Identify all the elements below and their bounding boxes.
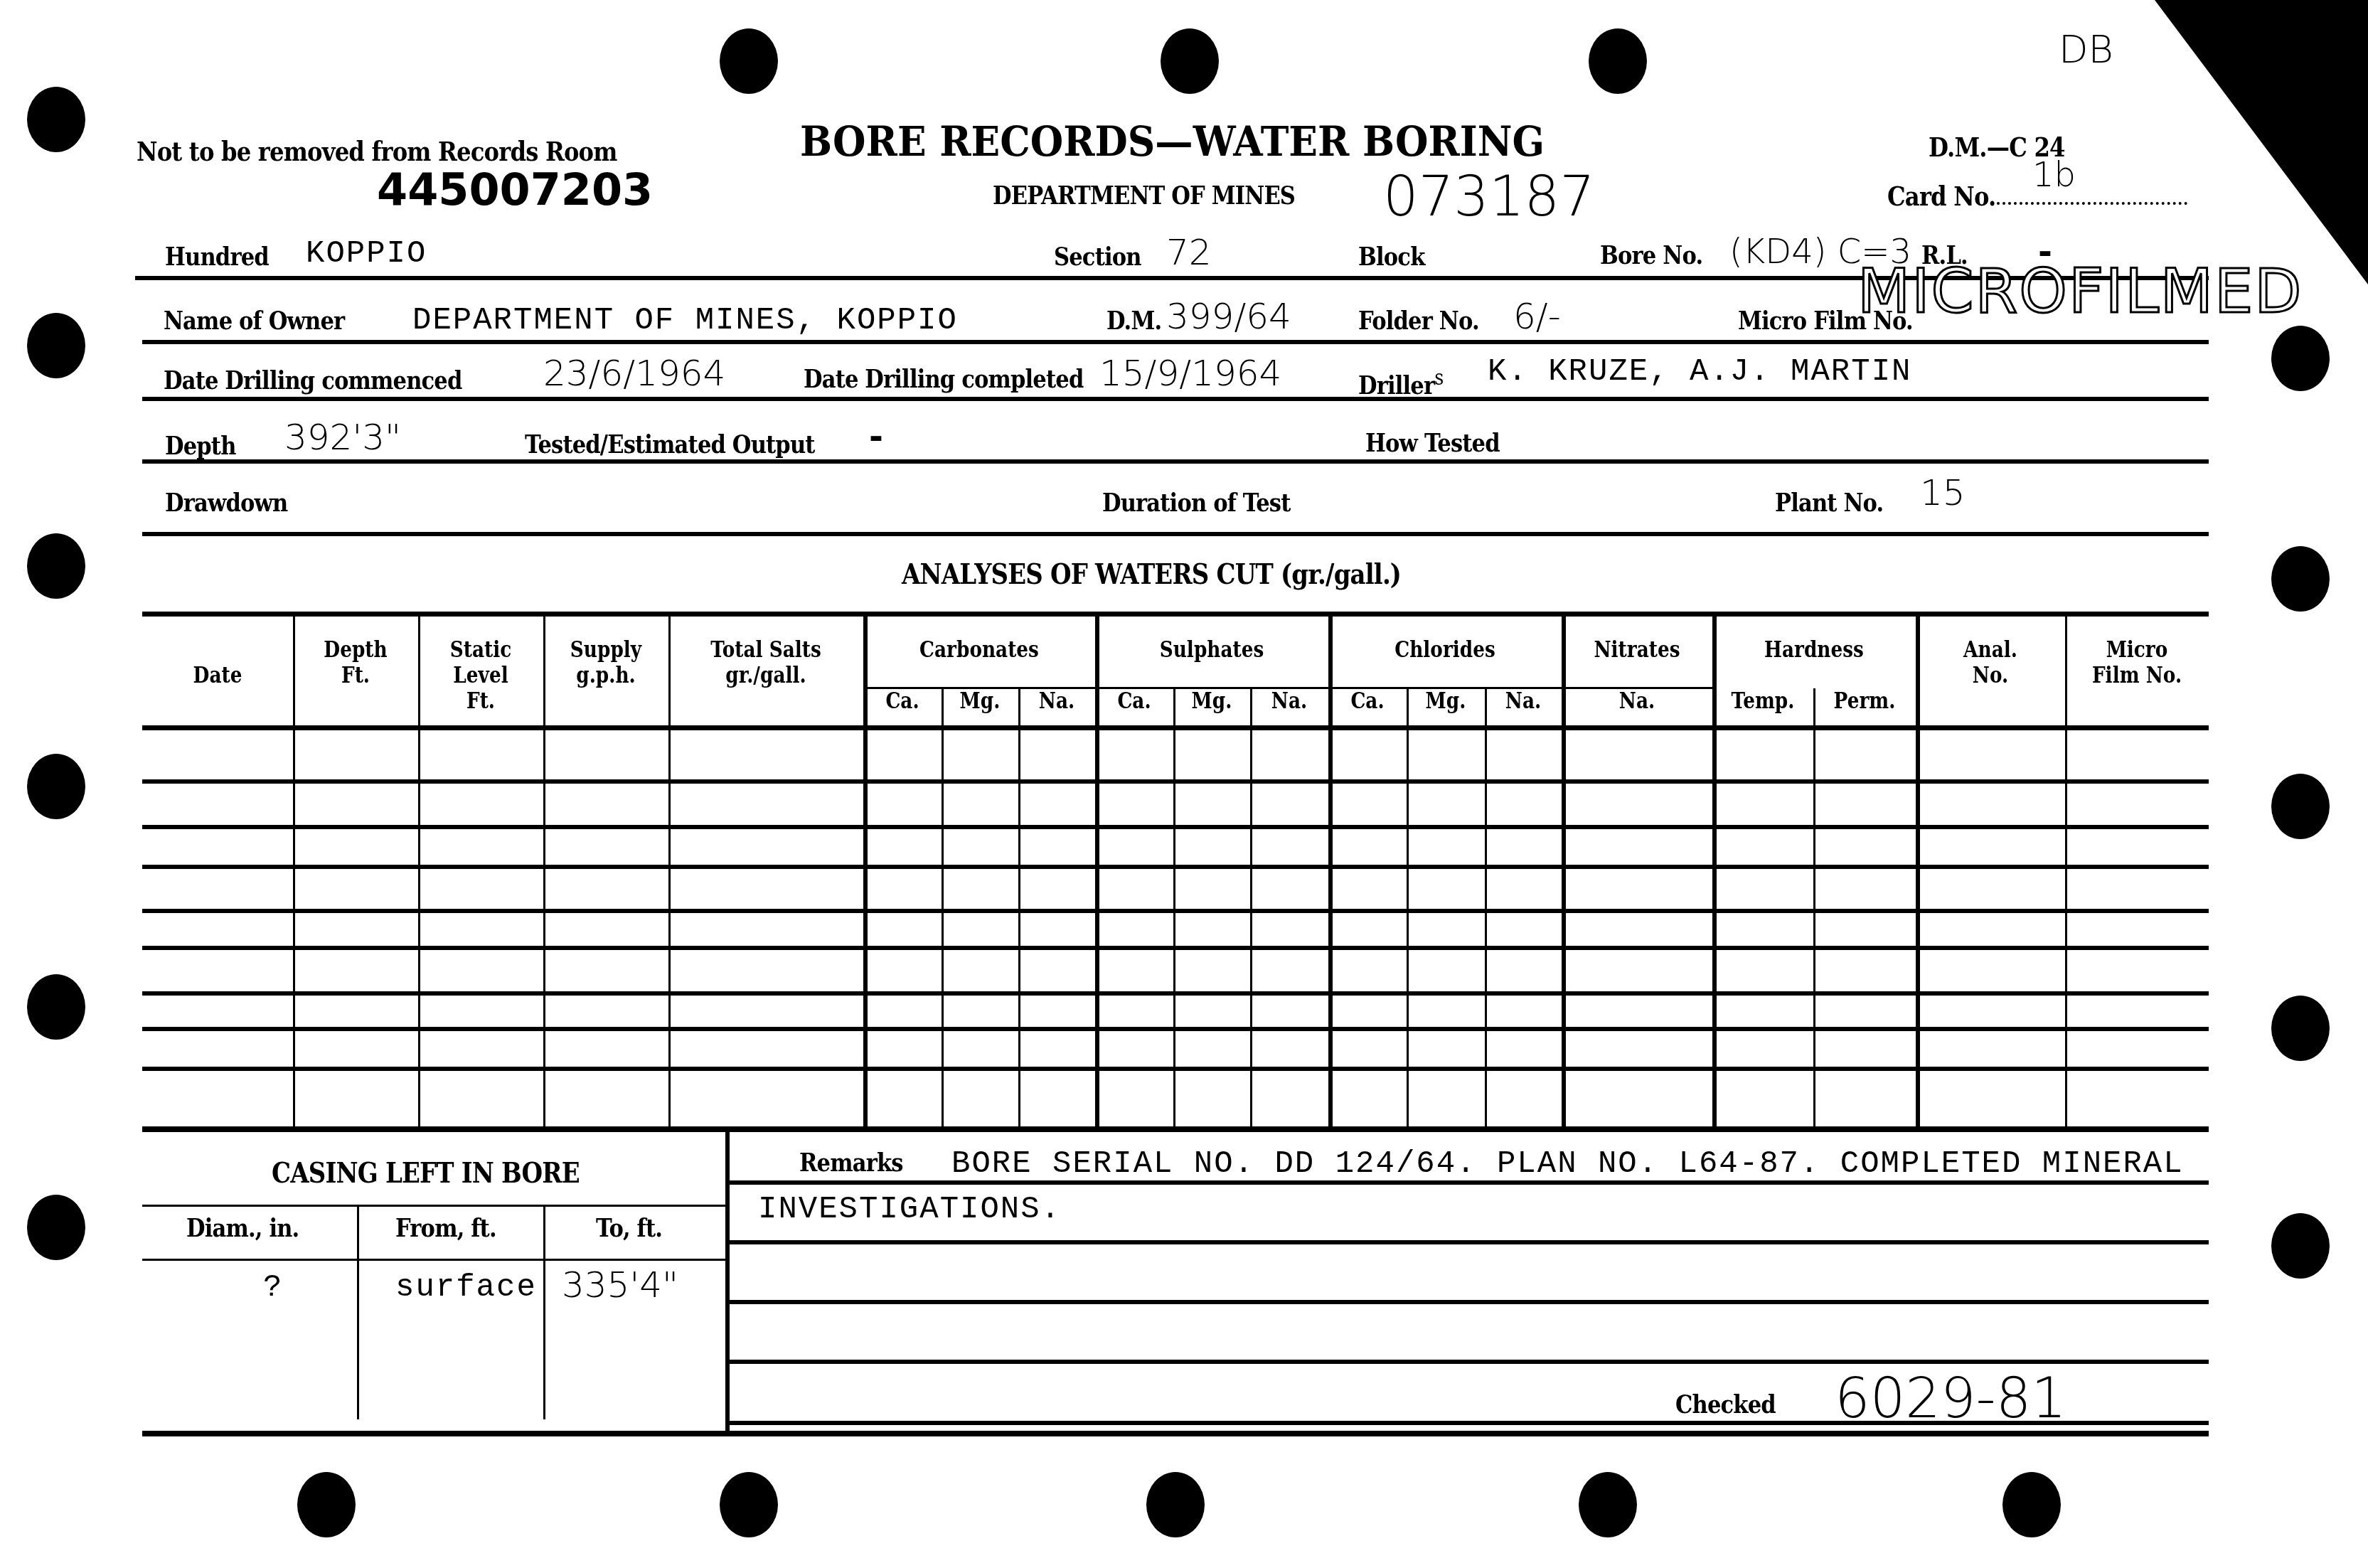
drillers-value: K. KRUZE, A.J. MARTIN: [1488, 354, 1912, 390]
column-divider: [1916, 616, 1920, 1128]
depth-value: 392'3": [284, 417, 401, 458]
department-label: DEPARTMENT OF MINES: [993, 181, 1295, 210]
microfilmed-stamp: MICROFILMED: [1857, 256, 2303, 327]
sub-na: Na.: [1024, 688, 1089, 714]
punch-hole: [720, 28, 778, 94]
record-number: 445007203: [377, 164, 653, 215]
punch-hole: [27, 974, 85, 1040]
punch-hole: [2271, 1213, 2330, 1279]
column-divider: [863, 616, 868, 1128]
col-chlorides: Chlorides: [1346, 637, 1545, 663]
column-divider: [543, 616, 545, 1128]
divider: [142, 459, 2209, 464]
casing-from-value: surface: [395, 1270, 537, 1306]
drillers-suffix: s: [1434, 366, 1443, 390]
column-divider: [293, 616, 295, 1128]
remarks-rule: [730, 1180, 2209, 1185]
date-completed-label: Date Drilling completed: [804, 364, 1083, 394]
casing-divider: [543, 1206, 545, 1419]
block-label: Block: [1358, 242, 1424, 272]
punch-hole: [2271, 326, 2330, 391]
plant-label: Plant No.: [1775, 488, 1883, 518]
col-sulphates: Sulphates: [1113, 637, 1311, 663]
drawdown-label: Drawdown: [165, 488, 287, 518]
analyses-title: ANALYSES OF WATERS CUT (gr./gall.): [902, 558, 1401, 591]
date-completed-value: 15/9/1964: [1099, 353, 1281, 394]
column-divider: [1813, 688, 1815, 1128]
punch-hole: [27, 533, 85, 599]
casing-col-from: From, ft.: [395, 1213, 496, 1243]
how-tested-label: How Tested: [1365, 428, 1500, 458]
column-divider: [1173, 688, 1175, 1128]
column-divider: [1712, 616, 1717, 1128]
table-top-rule: [142, 612, 2209, 617]
column-divider: [1095, 616, 1099, 1128]
sub-ca: Ca.: [1334, 688, 1401, 714]
punch-hole: [1161, 28, 1219, 94]
owner-label: Name of Owner: [164, 306, 344, 336]
drillers-label-text: Driller: [1358, 370, 1434, 400]
column-divider: [1407, 688, 1409, 1128]
column-divider: [1250, 688, 1252, 1128]
checked-label: Checked: [1675, 1390, 1776, 1419]
card-no-value: 1b: [2032, 155, 2076, 195]
casing-title: CASING LEFT IN BORE: [272, 1156, 580, 1190]
records-room-notice: Not to be removed from Records Room: [137, 135, 617, 167]
col-total-salts: Total Salts gr./gall.: [683, 637, 849, 688]
table-row: [142, 909, 2209, 913]
date-commenced-label: Date Drilling commenced: [164, 366, 462, 395]
sub-ca: Ca.: [869, 688, 936, 714]
punch-hole: [2271, 996, 2330, 1061]
dm-value: 399/64: [1166, 296, 1291, 337]
dm-label: D.M.: [1106, 306, 1161, 336]
table-bottom-rule: [142, 1126, 2209, 1132]
black-corner: [2155, 0, 2368, 284]
plant-value: 15: [1920, 472, 1966, 513]
table-header-bottom-rule: [142, 725, 2209, 730]
punch-hole: [2271, 546, 2330, 612]
folder-label: Folder No.: [1358, 306, 1479, 336]
column-divider: [1485, 688, 1487, 1128]
remarks-line-2: INVESTIGATIONS.: [758, 1192, 1061, 1227]
column-divider: [1562, 616, 1566, 1128]
remarks-label: Remarks: [799, 1148, 903, 1178]
folder-value: 6/-: [1513, 296, 1561, 337]
punch-hole: [720, 1472, 778, 1537]
corner-initials: DB: [2059, 27, 2113, 72]
remarks-line-1: BORE SERIAL NO. DD 124/64. PLAN NO. L64-…: [951, 1146, 2184, 1182]
bore-no-label: Bore No.: [1600, 240, 1702, 270]
sub-mg: Mg.: [1179, 688, 1244, 714]
table-row: [142, 865, 2209, 869]
bottom-rule: [142, 1431, 2209, 1436]
punch-hole: [2271, 774, 2330, 839]
form-title: BORE RECORDS—WATER BORING: [800, 117, 1545, 166]
col-depth: Depth Ft.: [302, 637, 409, 688]
divider: [142, 397, 2209, 401]
col-micro-film: Micro Film No.: [2076, 637, 2198, 688]
card-no-label: Card No.: [1887, 180, 1995, 212]
sub-na: Na.: [1573, 688, 1701, 714]
remarks-rule: [730, 1421, 2209, 1425]
punch-hole: [27, 313, 85, 378]
casing-to-value: 335'4": [562, 1264, 678, 1306]
casing-header-top: [142, 1205, 725, 1207]
output-label: Tested/Estimated Output: [525, 430, 815, 459]
table-row: [142, 825, 2209, 829]
punch-hole: [27, 1195, 85, 1260]
section-value: 72: [1166, 232, 1212, 273]
depth-label: Depth: [165, 431, 236, 461]
divider: [142, 340, 2209, 344]
sub-mg: Mg.: [947, 688, 1013, 714]
hundred-value: KOPPIO: [306, 236, 427, 272]
column-divider: [2065, 616, 2067, 1128]
column-divider: [668, 616, 671, 1128]
casing-diam-value: ?: [263, 1270, 283, 1306]
punch-hole: [1589, 28, 1647, 94]
sub-na: Na.: [1490, 688, 1556, 714]
casing-divider: [357, 1206, 359, 1419]
remarks-rule: [730, 1300, 2209, 1304]
punch-hole: [2002, 1472, 2061, 1537]
col-supply: Supply g.p.h.: [553, 637, 659, 688]
column-divider: [418, 616, 420, 1128]
column-divider: [942, 688, 944, 1128]
owner-value: DEPARTMENT OF MINES, KOPPIO: [412, 303, 958, 338]
department-number: 073187: [1383, 165, 1595, 229]
table-row: [142, 991, 2209, 996]
col-static-level: Static Level Ft.: [427, 637, 534, 714]
divider: [142, 532, 2209, 536]
punch-hole: [27, 87, 85, 152]
punch-hole: [1146, 1472, 1205, 1537]
hundred-label: Hundred: [165, 242, 269, 272]
sub-temp: Temp.: [1720, 688, 1806, 714]
col-nitrates: Nitrates: [1573, 637, 1701, 663]
punch-hole: [297, 1472, 356, 1537]
casing-col-diam: Diam., in.: [186, 1213, 299, 1243]
drillers-label: Drillers: [1358, 366, 1443, 400]
table-row: [142, 1027, 2209, 1031]
card-no-dotted-line: [1997, 202, 2187, 205]
col-anal-no: Anal. No.: [1927, 637, 2054, 688]
col-hardness: Hardness: [1727, 637, 1900, 663]
table-row: [142, 946, 2209, 950]
duration-label: Duration of Test: [1102, 488, 1291, 518]
sub-na: Na.: [1256, 688, 1323, 714]
table-row: [142, 1067, 2209, 1071]
punch-hole: [27, 754, 85, 819]
remarks-rule: [730, 1360, 2209, 1364]
col-carbonates: Carbonates: [880, 637, 1077, 663]
remarks-rule: [730, 1240, 2209, 1244]
section-label: Section: [1054, 242, 1141, 272]
column-divider: [1018, 688, 1020, 1128]
microfilm-label: Micro Film No.: [1738, 306, 1913, 336]
date-commenced-value: 23/6/1964: [543, 353, 725, 394]
table-row: [142, 779, 2209, 784]
casing-col-to: To, ft.: [596, 1213, 662, 1243]
remarks-divider: [725, 1132, 730, 1431]
col-date: Date: [154, 663, 282, 688]
sub-mg: Mg.: [1412, 688, 1479, 714]
sub-ca: Ca.: [1101, 688, 1168, 714]
column-divider: [1328, 616, 1333, 1128]
output-value: -: [869, 417, 883, 457]
sub-perm: Perm.: [1821, 688, 1908, 714]
punch-hole: [1579, 1472, 1637, 1537]
casing-header-bottom: [142, 1259, 725, 1261]
